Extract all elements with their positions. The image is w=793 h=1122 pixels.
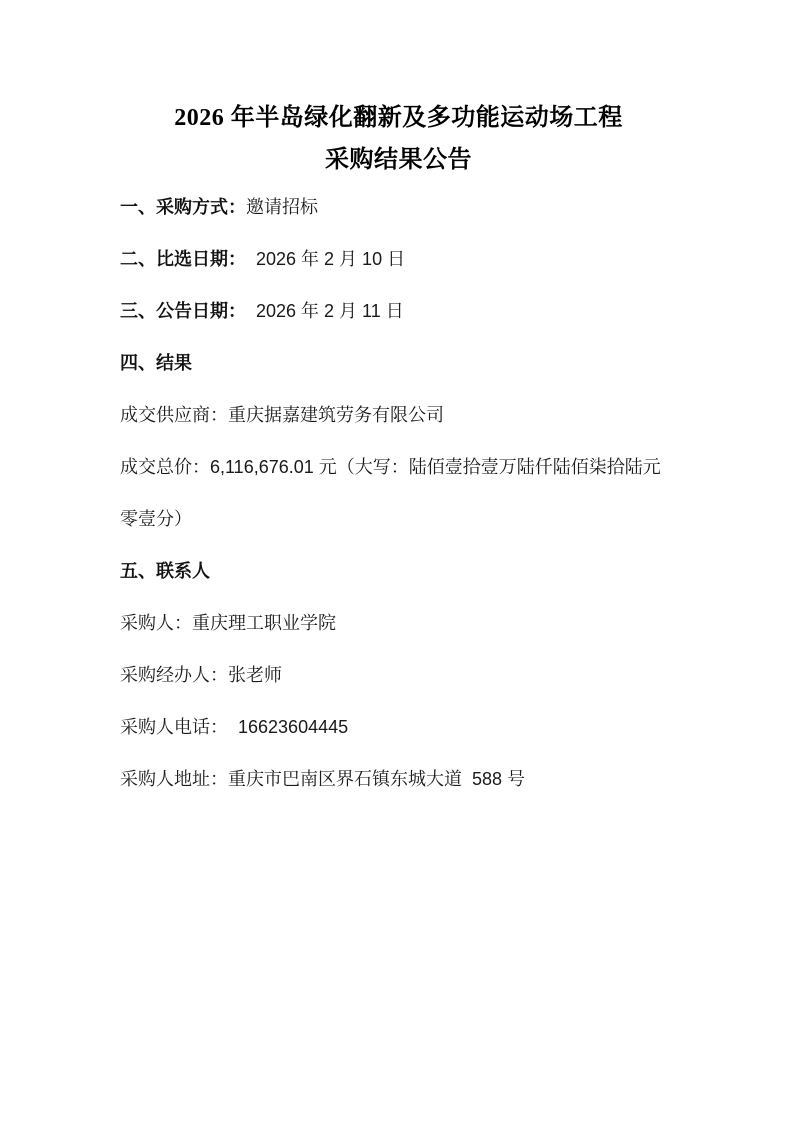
line-procurement-method: 一、采购方式：邀请招标	[120, 181, 677, 233]
purchaser-phone-value: 采购人电话： 16623604445	[120, 717, 348, 737]
doc-title-line2: 采购结果公告	[120, 139, 677, 181]
purchaser-address-value: 采购人地址：重庆市巴南区界石镇东城大道 588 号	[120, 769, 525, 789]
procurement-method-value: 邀请招标	[246, 197, 318, 217]
winning-supplier-value: 成交供应商：重庆据嘉建筑劳务有限公司	[120, 405, 444, 425]
procurement-method-label: 一、采购方式：	[120, 197, 246, 217]
document-title: 2026 年半岛绿化翻新及多功能运动场工程 采购结果公告	[120, 97, 677, 181]
line-purchaser-address: 采购人地址：重庆市巴南区界石镇东城大道 588 号	[120, 753, 677, 805]
doc-title-line1: 2026 年半岛绿化翻新及多功能运动场工程	[120, 97, 677, 139]
line-purchaser-phone: 采购人电话： 16623604445	[120, 701, 677, 753]
line-total-price-continued: 零壹分）	[120, 493, 677, 545]
purchase-agent-value: 采购经办人：张老师	[120, 665, 282, 685]
contacts-heading-label: 五、联系人	[120, 561, 210, 581]
announcement-date-value: 2026 年 2 月 11 日	[246, 301, 404, 321]
comparison-date-value: 2026 年 2 月 10 日	[246, 249, 405, 269]
line-comparison-date: 二、比选日期： 2026 年 2 月 10 日	[120, 233, 677, 285]
line-purchaser: 采购人：重庆理工职业学院	[120, 597, 677, 649]
heading-contacts: 五、联系人	[120, 545, 677, 597]
comparison-date-label: 二、比选日期：	[120, 249, 246, 269]
line-total-price: 成交总价：6,116,676.01 元（大写：陆佰壹拾壹万陆仟陆佰柒拾陆元	[120, 441, 677, 493]
announcement-date-label: 三、公告日期：	[120, 301, 246, 321]
result-heading-label: 四、结果	[120, 353, 192, 373]
line-purchase-agent: 采购经办人：张老师	[120, 649, 677, 701]
purchaser-value: 采购人：重庆理工职业学院	[120, 613, 336, 633]
line-winning-supplier: 成交供应商：重庆据嘉建筑劳务有限公司	[120, 389, 677, 441]
heading-result: 四、结果	[120, 337, 677, 389]
total-price-value: 成交总价：6,116,676.01 元（大写：陆佰壹拾壹万陆仟陆佰柒拾陆元	[120, 457, 661, 477]
line-announcement-date: 三、公告日期： 2026 年 2 月 11 日	[120, 285, 677, 337]
total-price-continued-value: 零壹分）	[120, 509, 192, 529]
document-page: 2026 年半岛绿化翻新及多功能运动场工程 采购结果公告 一、采购方式：邀请招标…	[0, 0, 793, 1122]
